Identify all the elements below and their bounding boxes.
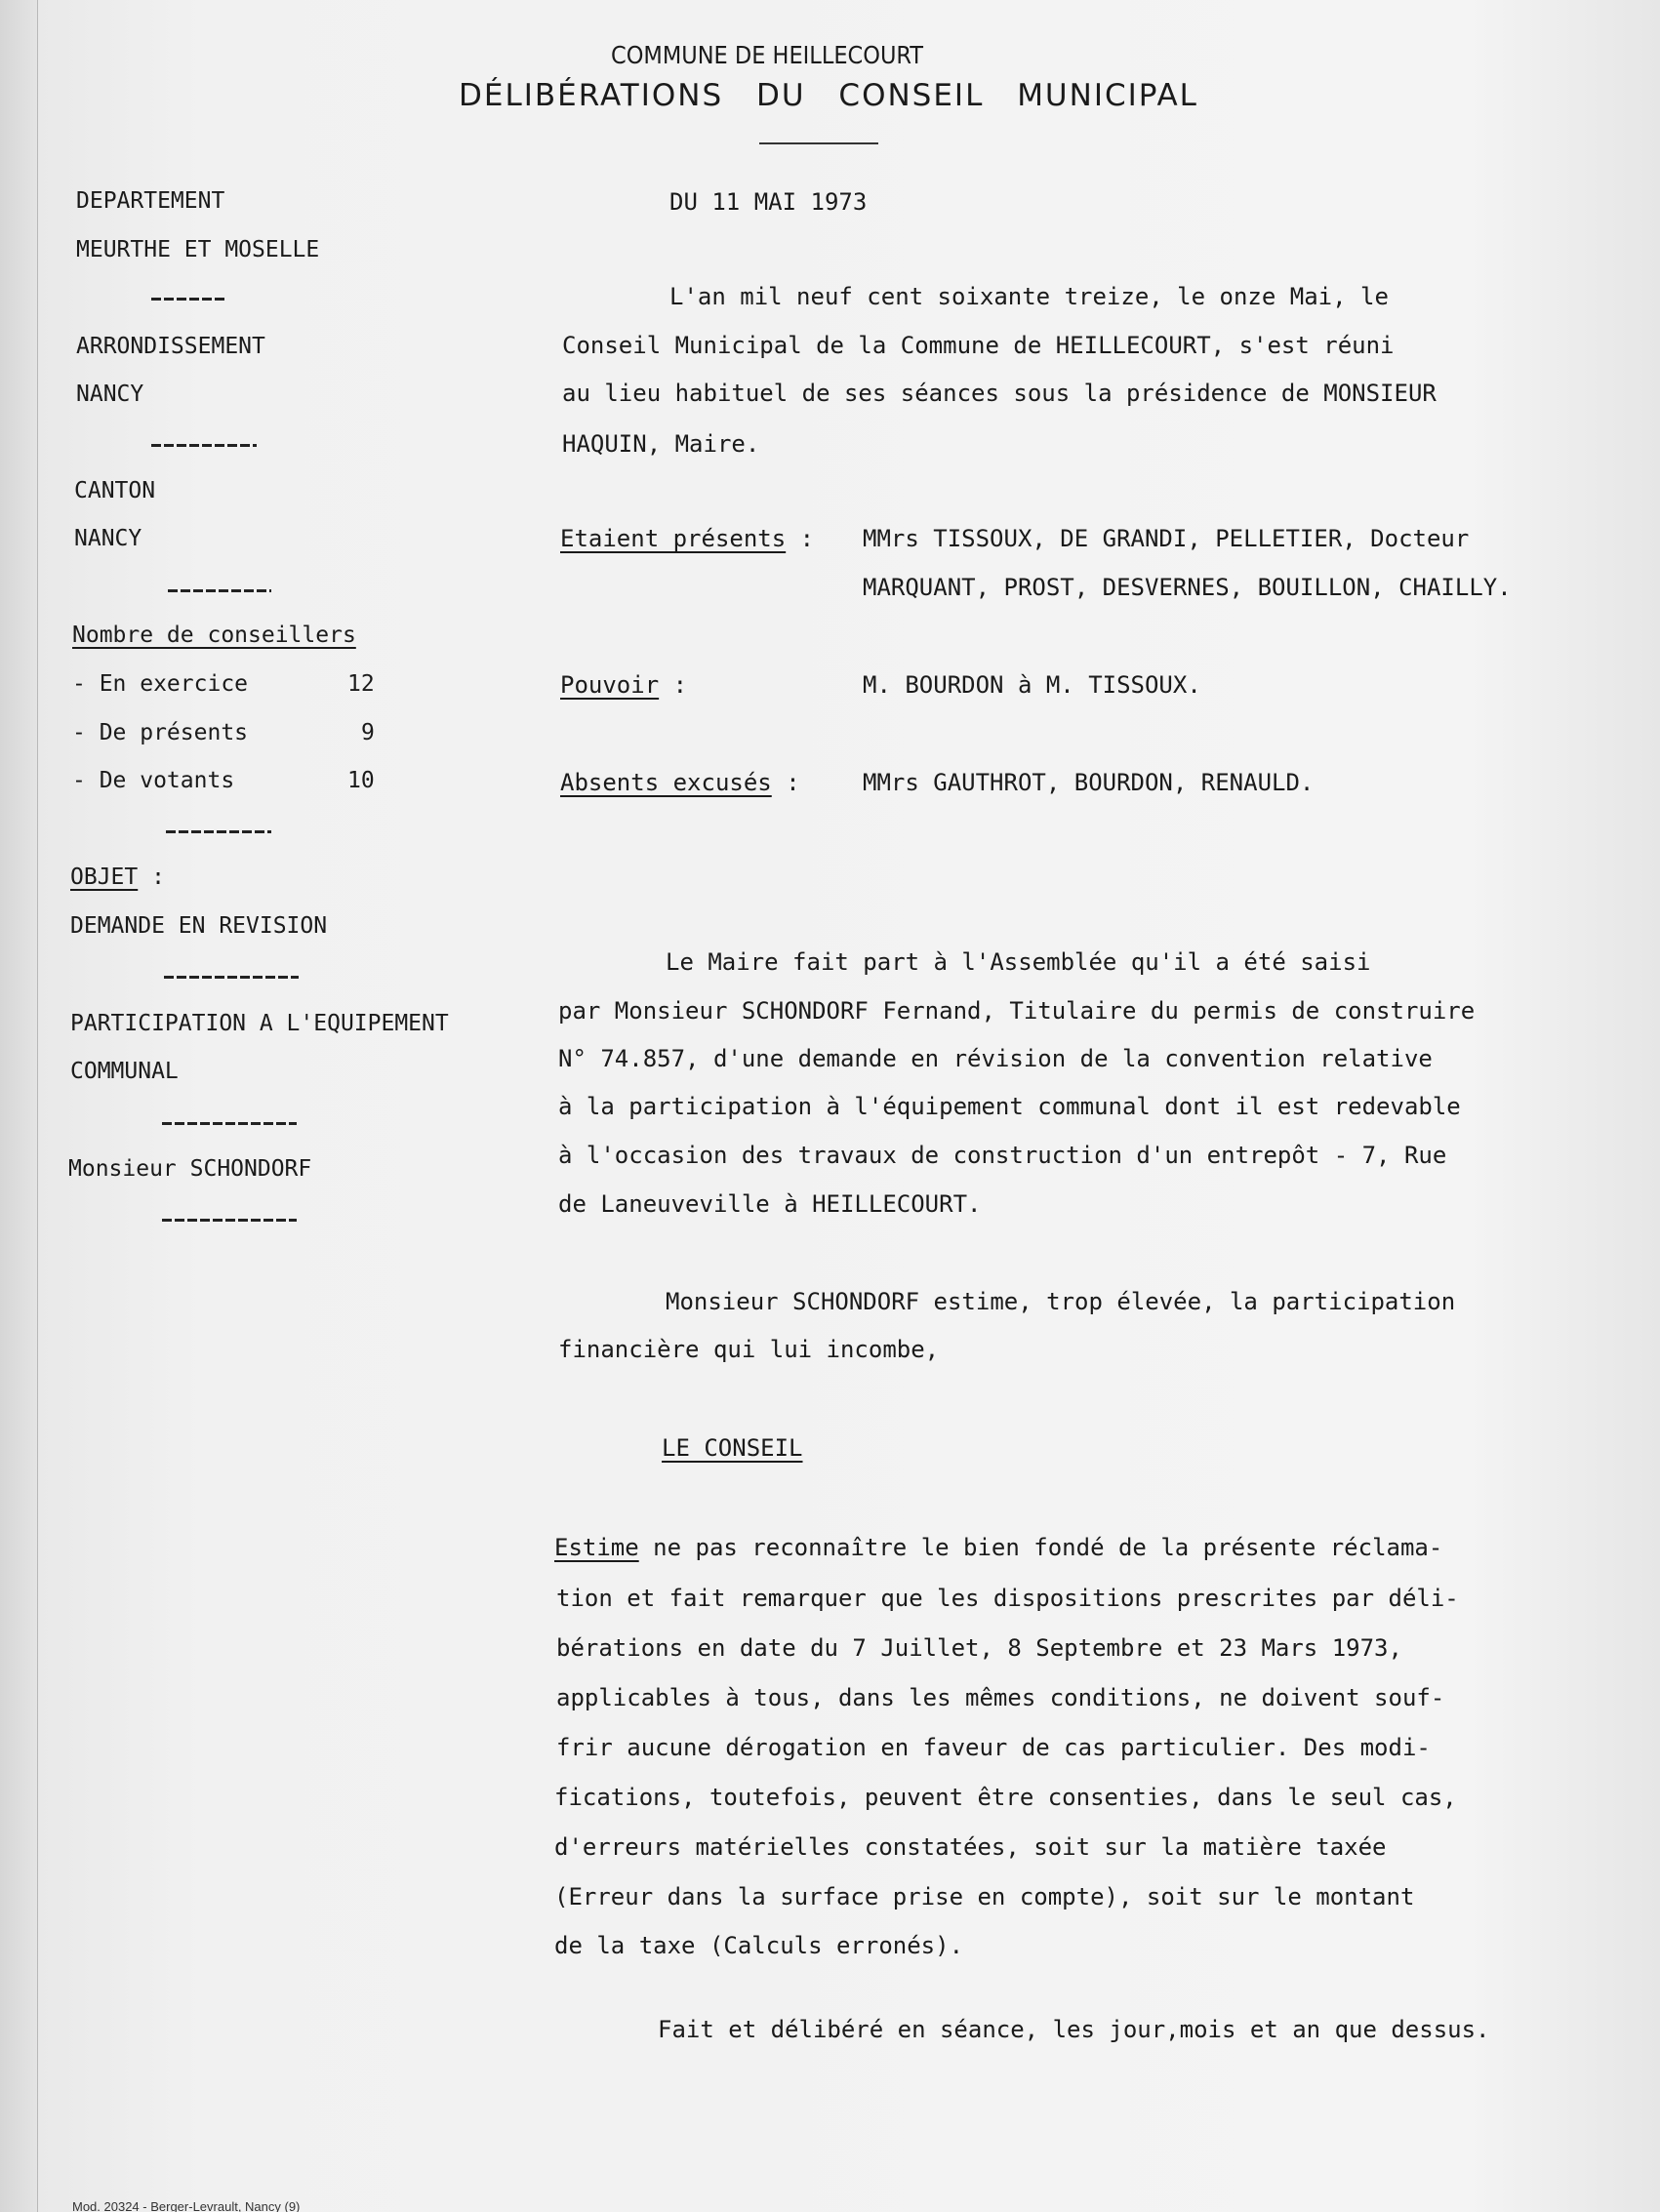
page-edge [0, 0, 37, 2212]
absents-label-row: Absents excusés : [560, 769, 800, 796]
objet-colon: : [151, 865, 165, 890]
canton-label: CANTON [74, 478, 155, 503]
pouvoir-label-row: Pouvoir : [560, 671, 687, 699]
decision-line-9: de la taxe (Calculs erronés). [554, 1932, 963, 1959]
conseillers-presents-label: - De présents [72, 720, 248, 745]
conseillers-votants-label: - De votants [72, 768, 234, 793]
decision-line-6: fications, toutefois, peuvent être conse… [554, 1784, 1457, 1811]
objet-line-2b: COMMUNAL [70, 1059, 179, 1084]
intro-line-3: au lieu habituel de ses séances sous la … [562, 380, 1437, 407]
para1-line-3: N° 74.857, d'une demande en révision de … [558, 1045, 1433, 1072]
conseillers-presents-value: 9 [361, 720, 375, 745]
objet-line-2a: PARTICIPATION A L'EQUIPEMENT [70, 1011, 449, 1036]
divider [164, 976, 299, 979]
document-title: DÉLIBÉRATIONS DU CONSEIL MUNICIPAL [459, 78, 1198, 113]
conseillers-votants-value: 10 [347, 768, 375, 793]
para2-line-1: Monsieur SCHONDORF estime, trop élevée, … [666, 1288, 1455, 1315]
intro-line-4: HAQUIN, Maire. [562, 430, 759, 458]
divider [162, 1219, 297, 1222]
decision-first-rest: ne pas reconnaître le bien fondé de la p… [639, 1534, 1443, 1561]
objet-label: OBJET [70, 865, 138, 890]
closing-statement: Fait et délibéré en séance, les jour,moi… [658, 2016, 1490, 2043]
objet-heading: OBJET : [70, 865, 165, 890]
decision-line-7: d'erreurs matérielles constatées, soit s… [554, 1833, 1387, 1861]
conseil-heading: LE CONSEIL [662, 1434, 803, 1462]
departement-label: DEPARTEMENT [76, 188, 224, 214]
printer-imprint: Mod. 20324 - Berger-Levrault, Nancy (9) [72, 2199, 300, 2212]
para1-line-6: de Laneuveville à HEILLECOURT. [558, 1190, 981, 1218]
absents-label: Absents excusés [560, 769, 772, 796]
presents-label-row: Etaient présents : [560, 525, 814, 552]
header-divider [759, 142, 878, 144]
presents-label: Etaient présents [560, 525, 786, 552]
conseillers-heading: Nombre de conseillers [72, 623, 356, 648]
arrondissement-label: ARRONDISSEMENT [76, 334, 265, 359]
meeting-date: DU 11 MAI 1973 [669, 188, 867, 216]
divider [168, 589, 271, 592]
objet-line-3: Monsieur SCHONDORF [68, 1156, 311, 1182]
para1-line-1: Le Maire fait part à l'Assemblée qu'il a… [666, 948, 1370, 976]
objet-line-1: DEMANDE EN REVISION [70, 913, 327, 939]
intro-line-1: L'an mil neuf cent soixante treize, le o… [669, 283, 1389, 310]
decision-line-3: bérations en date du 7 Juillet, 8 Septem… [556, 1634, 1402, 1662]
decision-line-1: Estime ne pas reconnaître le bien fondé … [554, 1534, 1442, 1561]
commune-name: COMMUNE DE HEILLECOURT [611, 41, 923, 69]
para2-line-2: financière qui lui incombe, [558, 1336, 939, 1363]
conseillers-exercice-label: - En exercice [72, 671, 248, 697]
presents-line-2: MARQUANT, PROST, DESVERNES, BOUILLON, CH… [863, 574, 1512, 601]
intro-line-2: Conseil Municipal de la Commune de HEILL… [562, 332, 1395, 359]
para1-line-5: à l'occasion des travaux de construction… [558, 1142, 1446, 1169]
divider [162, 1122, 297, 1125]
decision-first-word: Estime [554, 1534, 639, 1561]
presents-colon: : [800, 525, 814, 552]
absents-value: MMrs GAUTHROT, BOURDON, RENAULD. [863, 769, 1314, 796]
canton-value: NANCY [74, 526, 142, 551]
divider [166, 830, 271, 833]
divider [151, 444, 257, 447]
arrondissement-value: NANCY [76, 382, 143, 407]
presents-line-1: MMrs TISSOUX, DE GRANDI, PELLETIER, Doct… [863, 525, 1469, 552]
absents-colon: : [786, 769, 799, 796]
conseillers-exercice-value: 12 [347, 671, 375, 697]
decision-line-2: tion et fait remarquer que les dispositi… [556, 1585, 1459, 1612]
departement-value: MEURTHE ET MOSELLE [76, 237, 319, 262]
para1-line-4: à la participation à l'équipement commun… [558, 1093, 1461, 1120]
decision-line-8: (Erreur dans la surface prise en compte)… [554, 1883, 1414, 1910]
decision-line-4: applicables à tous, dans les mêmes condi… [556, 1684, 1444, 1711]
para1-line-2: par Monsieur SCHONDORF Fernand, Titulair… [558, 997, 1475, 1025]
pouvoir-label: Pouvoir [560, 671, 659, 699]
pouvoir-colon: : [673, 671, 687, 699]
decision-line-5: frir aucune dérogation en faveur de cas … [556, 1734, 1431, 1761]
pouvoir-value: M. BOURDON à M. TISSOUX. [863, 671, 1201, 699]
divider [151, 298, 227, 301]
